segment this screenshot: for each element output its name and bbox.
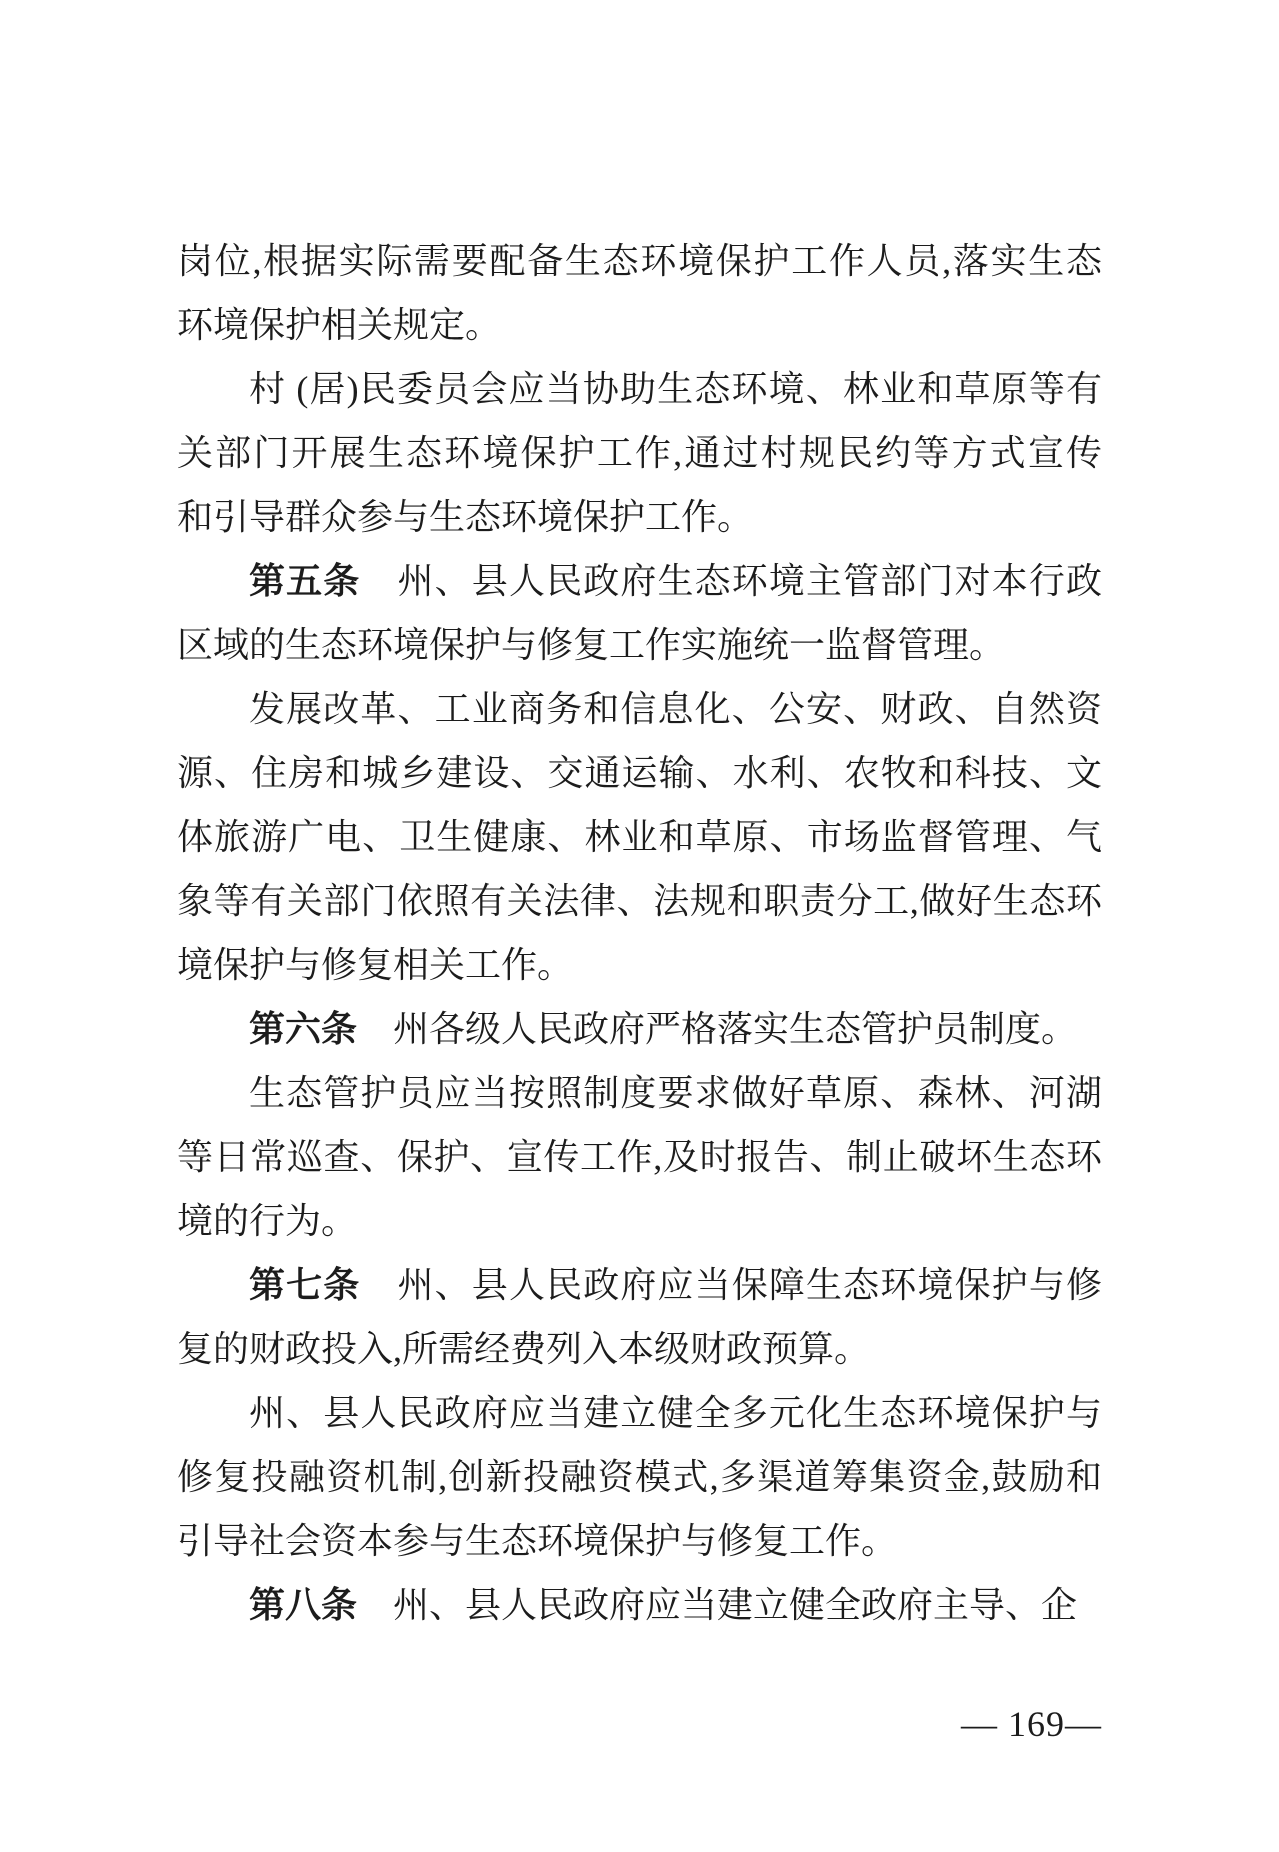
article-number: 第六条 [249,1008,357,1049]
line-text: 州、县人民政府应当保障生态环境保护与修 [360,1265,1102,1305]
text-line-article-8: 第八条 州、县人民政府应当建立健全政府主导、企 [177,1573,1102,1637]
line-text: 州、县人民政府应当建立健全政府主导、企 [357,1585,1077,1625]
article-number: 第五条 [249,560,360,601]
line-text: 和引导群众参与生态环境保护工作。 [177,497,753,537]
article-number: 第七条 [249,1264,360,1305]
line-text: 体旅游广电、卫生健康、林业和草原、市场监督管理、气 [177,817,1102,857]
line-text: 复的财政投入,所需经费列入本级财政预算。 [177,1329,870,1369]
line-text: 象等有关部门依照有关法律、法规和职责分工,做好生态环 [177,881,1102,921]
line-text: 等日常巡查、保护、宣传工作,及时报告、制止破坏生态环 [177,1137,1102,1177]
line-text: 发展改革、工业商务和信息化、公安、财政、自然资 [249,689,1102,729]
line-text: 境的行为。 [177,1201,357,1241]
text-line: 发展改革、工业商务和信息化、公安、财政、自然资 [177,677,1102,741]
document-page: 岗位,根据实际需要配备生态环境保护工作人员,落实生态 环境保护相关规定。 村 (… [0,0,1279,1852]
text-line-article-7: 第七条 州、县人民政府应当保障生态环境保护与修 [177,1253,1102,1317]
text-line-article-5: 第五条 州、县人民政府生态环境主管部门对本行政 [177,549,1102,613]
line-text: 源、住房和城乡建设、交通运输、水利、农牧和科技、文 [177,753,1102,793]
page-number: — 169— [177,1702,1102,1746]
text-line: 区域的生态环境保护与修复工作实施统一监督管理。 [177,613,1102,677]
line-text: 岗位,根据实际需要配备生态环境保护工作人员,落实生态 [177,241,1102,281]
text-line: 生态管护员应当按照制度要求做好草原、森林、河湖 [177,1061,1102,1125]
line-text: 区域的生态环境保护与修复工作实施统一监督管理。 [177,625,1005,665]
text-line-article-6: 第六条 州各级人民政府严格落实生态管护员制度。 [177,997,1102,1061]
text-line: 修复投融资机制,创新投融资模式,多渠道筹集资金,鼓励和 [177,1445,1102,1509]
text-line: 岗位,根据实际需要配备生态环境保护工作人员,落实生态 [177,229,1102,293]
text-line: 象等有关部门依照有关法律、法规和职责分工,做好生态环 [177,869,1102,933]
text-line: 体旅游广电、卫生健康、林业和草原、市场监督管理、气 [177,805,1102,869]
text-line: 环境保护相关规定。 [177,293,1102,357]
text-line: 源、住房和城乡建设、交通运输、水利、农牧和科技、文 [177,741,1102,805]
line-text: 引导社会资本参与生态环境保护与修复工作。 [177,1521,897,1561]
text-line: 复的财政投入,所需经费列入本级财政预算。 [177,1317,1102,1381]
text-line: 和引导群众参与生态环境保护工作。 [177,485,1102,549]
text-line: 等日常巡查、保护、宣传工作,及时报告、制止破坏生态环 [177,1125,1102,1189]
regulation-text-block: 岗位,根据实际需要配备生态环境保护工作人员,落实生态 环境保护相关规定。 村 (… [177,229,1102,1637]
text-line: 境保护与修复相关工作。 [177,933,1102,997]
article-number: 第八条 [249,1584,357,1625]
line-text: 州、县人民政府应当建立健全多元化生态环境保护与 [249,1393,1102,1433]
text-line: 引导社会资本参与生态环境保护与修复工作。 [177,1509,1102,1573]
line-text: 关部门开展生态环境保护工作,通过村规民约等方式宣传 [177,433,1102,473]
line-text: 村 (居)民委员会应当协助生态环境、林业和草原等有 [249,369,1102,409]
text-line: 关部门开展生态环境保护工作,通过村规民约等方式宣传 [177,421,1102,485]
text-line: 境的行为。 [177,1189,1102,1253]
line-text: 境保护与修复相关工作。 [177,945,573,985]
line-text: 州各级人民政府严格落实生态管护员制度。 [357,1009,1077,1049]
text-line: 州、县人民政府应当建立健全多元化生态环境保护与 [177,1381,1102,1445]
text-line: 村 (居)民委员会应当协助生态环境、林业和草原等有 [177,357,1102,421]
line-text: 修复投融资机制,创新投融资模式,多渠道筹集资金,鼓励和 [177,1457,1102,1497]
line-text: 生态管护员应当按照制度要求做好草原、森林、河湖 [249,1073,1102,1113]
line-text: 州、县人民政府生态环境主管部门对本行政 [360,561,1102,601]
line-text: 环境保护相关规定。 [177,305,501,345]
